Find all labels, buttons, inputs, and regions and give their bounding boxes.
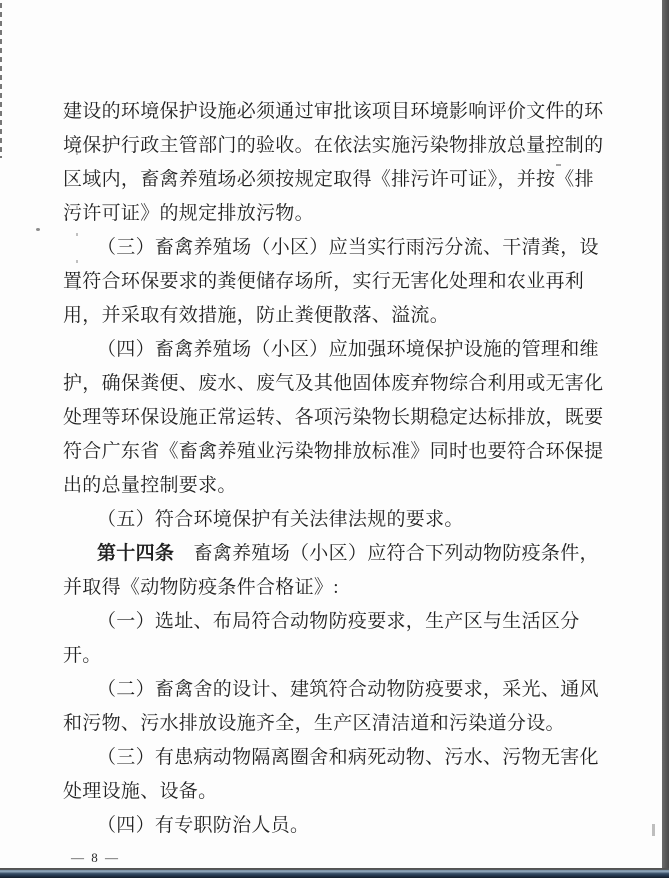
text-line: 护，确保粪便、废水、废气及其他固体废弃物综合利用或无害化 xyxy=(63,367,605,401)
text-line: 置符合环保要求的粪便储存场所，实行无害化处理和农业再利 xyxy=(63,265,605,299)
text-line: 和污物、污水排放设施齐全，生产区清洁道和污染道分设。 xyxy=(63,707,605,741)
article-heading: 第十四条 xyxy=(97,543,174,564)
scan-speck xyxy=(652,824,655,836)
text-line: 并取得《动物防疫条件合格证》: xyxy=(63,571,605,605)
text-line: （一）选址、布局符合动物防疫要求，生产区与生活区分 xyxy=(63,605,605,639)
text-line: （五）符合环境保护有关法律法规的要求。 xyxy=(63,503,605,537)
text-line: 建设的环境保护设施必须通过审批该项目环境影响评价文件的环 xyxy=(63,95,605,129)
scan-edge-bottom xyxy=(0,868,669,878)
text-line: （二）畜禽舍的设计、建筑符合动物防疫要求，采光、通风 xyxy=(63,673,605,707)
text-line: 出的总量控制要求。 xyxy=(63,469,605,503)
text-line: （三）畜禽养殖场（小区）应当实行雨污分流、干清粪，设 xyxy=(63,231,605,265)
text-line: （四）有专职防治人员。 xyxy=(63,809,605,843)
text-line: （四）畜禽养殖场（小区）应加强环境保护设施的管理和维 xyxy=(63,333,605,367)
page-number: — 8 — xyxy=(71,850,120,866)
scan-scratch-faint xyxy=(76,152,78,298)
text-line: 境保护行政主管部门的验收。在依法实施污染物排放总量控制的 xyxy=(63,129,605,163)
scan-scratch-left-edge xyxy=(0,3,2,158)
scanned-document-page: { "colors": { "text": "#1f1f1f", "page_b… xyxy=(0,0,669,878)
text-line: 用，并采取有效措施，防止粪便散落、溢流。 xyxy=(63,299,605,333)
text-line: 污许可证》的规定排放污物。 xyxy=(63,197,605,231)
text-line: 处理设施、设备。 xyxy=(63,775,605,809)
scan-speck xyxy=(36,228,40,231)
text-line: （三）有患病动物隔离圈舍和病死动物、污水、污物无害化 xyxy=(63,741,605,775)
text-line: 开。 xyxy=(63,639,605,673)
text-line: 区域内，畜禽养殖场必须按规定取得《排污许可证》，并按《排 xyxy=(63,163,605,197)
document-body: 建设的环境保护设施必须通过审批该项目环境影响评价文件的环境保护行政主管部门的验收… xyxy=(63,95,605,843)
text-line: 符合广东省《畜禽养殖业污染物排放标准》同时也要符合环保提 xyxy=(63,435,605,469)
text-line: 处理等环保设施正常运转、各项污染物长期稳定达标排放，既要 xyxy=(63,401,605,435)
scan-edge-right xyxy=(662,0,669,878)
text-line: 第十四条 畜禽养殖场（小区）应符合下列动物防疫条件， xyxy=(63,537,605,571)
